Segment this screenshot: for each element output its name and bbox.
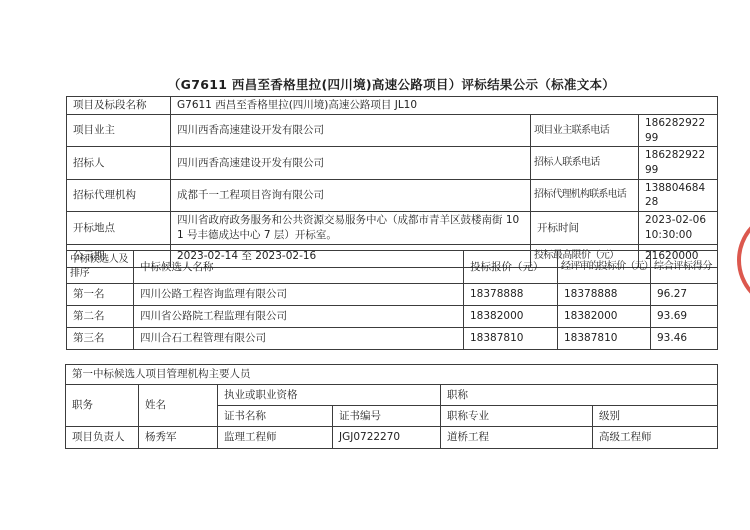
info-label-agency: 招标代理机构 (67, 179, 171, 211)
info-row-agency: 招标代理机构 成都千一工程项目咨询有限公司 招标代理机构联系电话 1388046… (67, 179, 718, 211)
info-label-tenderer: 招标人 (67, 147, 171, 179)
personnel-table: 第一中标候选人项目管理机构主要人员 职务 姓名 执业或职业资格 职称 证书名称 … (65, 364, 718, 449)
personnel-caption: 第一中标候选人项目管理机构主要人员 (66, 365, 718, 385)
header-rank: 中标候选人及排序 (67, 251, 134, 284)
info-label-project: 项目及标段名称 (67, 97, 171, 115)
info-row-project: 项目及标段名称 G7611 西昌至香格里拉(四川境)高速公路项目 JL10 (67, 97, 718, 115)
bid-cell: 18378888 (464, 284, 558, 306)
info-value-opening-place: 四川省政府政务服务和公共资源交易服务中心（成都市青羊区鼓楼南街 101 号丰德成… (171, 212, 531, 245)
personnel-row-1: 项目负责人 杨秀军 监理工程师 JGJ0722270 道桥工程 高级工程师 (66, 427, 718, 449)
company-name-cell: 四川省公路院工程监理有限公司 (134, 306, 464, 328)
header-level: 级别 (593, 406, 718, 427)
header-position: 职务 (66, 385, 139, 427)
header-person-name: 姓名 (139, 385, 218, 427)
info-label-opening-time: 开标时间 (531, 212, 639, 245)
candidate-row-2: 第二名 四川省公路院工程监理有限公司 18382000 18382000 93.… (67, 306, 718, 328)
notice-title: （G7611 西昌至香格里拉(四川境)高速公路项目）评标结果公示（标准文本） (66, 75, 717, 93)
info-label-agency-phone: 招标代理机构联系电话 (531, 179, 639, 211)
header-title-group: 职称 (441, 385, 718, 406)
header-cert-no: 证书编号 (333, 406, 441, 427)
info-table: 项目及标段名称 G7611 西昌至香格里拉(四川境)高速公路项目 JL10 项目… (66, 96, 718, 268)
info-label-owner: 项目业主 (67, 115, 171, 147)
info-row-tenderer: 招标人 四川西香高速建设开发有限公司 招标人联系电话 18628292299 (67, 147, 718, 179)
bid-cell: 18382000 (464, 306, 558, 328)
level-cell: 高级工程师 (593, 427, 718, 449)
header-title-major: 职称专业 (441, 406, 593, 427)
info-value-agency-phone: 13880468428 (639, 179, 718, 211)
header-cert-name: 证书名称 (218, 406, 333, 427)
position-cell: 项目负责人 (66, 427, 139, 449)
rank-cell: 第三名 (67, 328, 134, 350)
candidate-row-1: 第一名 四川公路工程咨询监理有限公司 18378888 18378888 96.… (67, 284, 718, 306)
bid-cell: 18387810 (464, 328, 558, 350)
header-candidate-name: 中标候选人名称 (134, 251, 464, 284)
company-name-cell: 四川公路工程咨询监理有限公司 (134, 284, 464, 306)
cert-no-cell: JGJ0722270 (333, 427, 441, 449)
info-label-tenderer-phone: 招标人联系电话 (531, 147, 639, 179)
info-value-agency: 成都千一工程项目咨询有限公司 (171, 179, 531, 211)
info-row-opening: 开标地点 四川省政府政务服务和公共资源交易服务中心（成都市青羊区鼓楼南街 101… (67, 212, 718, 245)
score-cell: 93.46 (651, 328, 718, 350)
company-name-cell: 四川合石工程管理有限公司 (134, 328, 464, 350)
evaluated-bid-cell: 18378888 (558, 284, 651, 306)
candidates-header-row: 中标候选人及排序 中标候选人名称 投标报价（元） 经评审的投标价（元） 综合评标… (67, 251, 718, 284)
info-row-owner: 项目业主 四川西香高速建设开发有限公司 项目业主联系电话 18628292299 (67, 115, 718, 147)
header-evaluated-price: 经评审的投标价（元） (558, 251, 651, 284)
info-value-tenderer-phone: 18628292299 (639, 147, 718, 179)
info-label-opening-place: 开标地点 (67, 212, 171, 245)
rank-cell: 第一名 (67, 284, 134, 306)
header-qualification-group: 执业或职业资格 (218, 385, 441, 406)
personnel-header-row-1: 职务 姓名 执业或职业资格 职称 (66, 385, 718, 406)
rank-cell: 第二名 (67, 306, 134, 328)
cert-name-cell: 监理工程师 (218, 427, 333, 449)
evaluated-bid-cell: 18382000 (558, 306, 651, 328)
evaluated-bid-cell: 18387810 (558, 328, 651, 350)
info-label-owner-phone: 项目业主联系电话 (531, 115, 639, 147)
info-value-tenderer: 四川西香高速建设开发有限公司 (171, 147, 531, 179)
red-seal-stamp (737, 210, 750, 310)
candidate-row-3: 第三名 四川合石工程管理有限公司 18387810 18387810 93.46 (67, 328, 718, 350)
title-major-cell: 道桥工程 (441, 427, 593, 449)
header-bid-price: 投标报价（元） (464, 251, 558, 284)
candidates-table: 中标候选人及排序 中标候选人名称 投标报价（元） 经评审的投标价（元） 综合评标… (66, 250, 718, 350)
info-value-opening-time: 2023-02-06 10:30:00 (639, 212, 718, 245)
person-name-cell: 杨秀军 (139, 427, 218, 449)
info-value-project: G7611 西昌至香格里拉(四川境)高速公路项目 JL10 (171, 97, 718, 115)
score-cell: 93.69 (651, 306, 718, 328)
personnel-caption-row: 第一中标候选人项目管理机构主要人员 (66, 365, 718, 385)
info-value-owner-phone: 18628292299 (639, 115, 718, 147)
info-value-owner: 四川西香高速建设开发有限公司 (171, 115, 531, 147)
header-score: 综合评标得分 (651, 251, 718, 284)
notice-page: （G7611 西昌至香格里拉(四川境)高速公路项目）评标结果公示（标准文本） 项… (0, 0, 750, 530)
score-cell: 96.27 (651, 284, 718, 306)
